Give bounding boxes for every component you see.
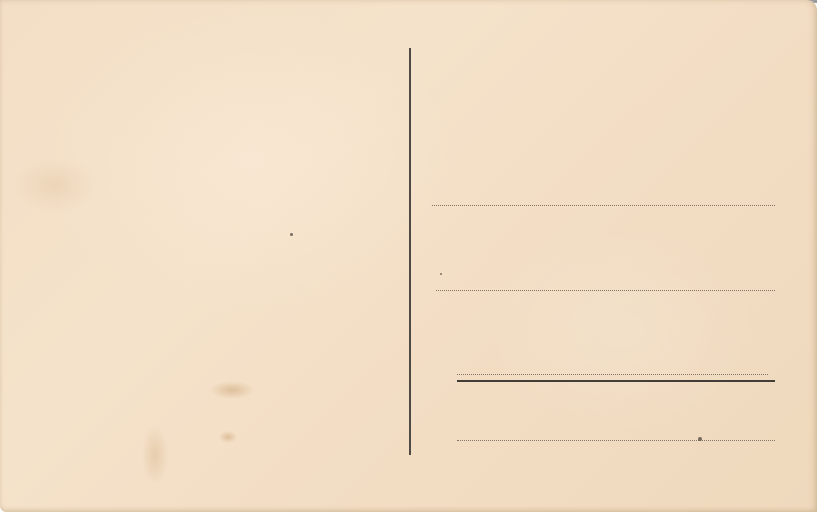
message-address-divider (409, 48, 411, 455)
address-line-2 (436, 290, 775, 291)
postcard-back (0, 0, 817, 512)
postcard-scan (0, 0, 817, 517)
address-line-3-underline (457, 380, 775, 382)
address-line-4 (457, 440, 775, 441)
ink-speck (698, 437, 702, 441)
address-line-1 (432, 205, 775, 206)
ink-speck (290, 233, 293, 236)
address-line-3 (457, 374, 768, 375)
ink-speck (440, 273, 442, 275)
